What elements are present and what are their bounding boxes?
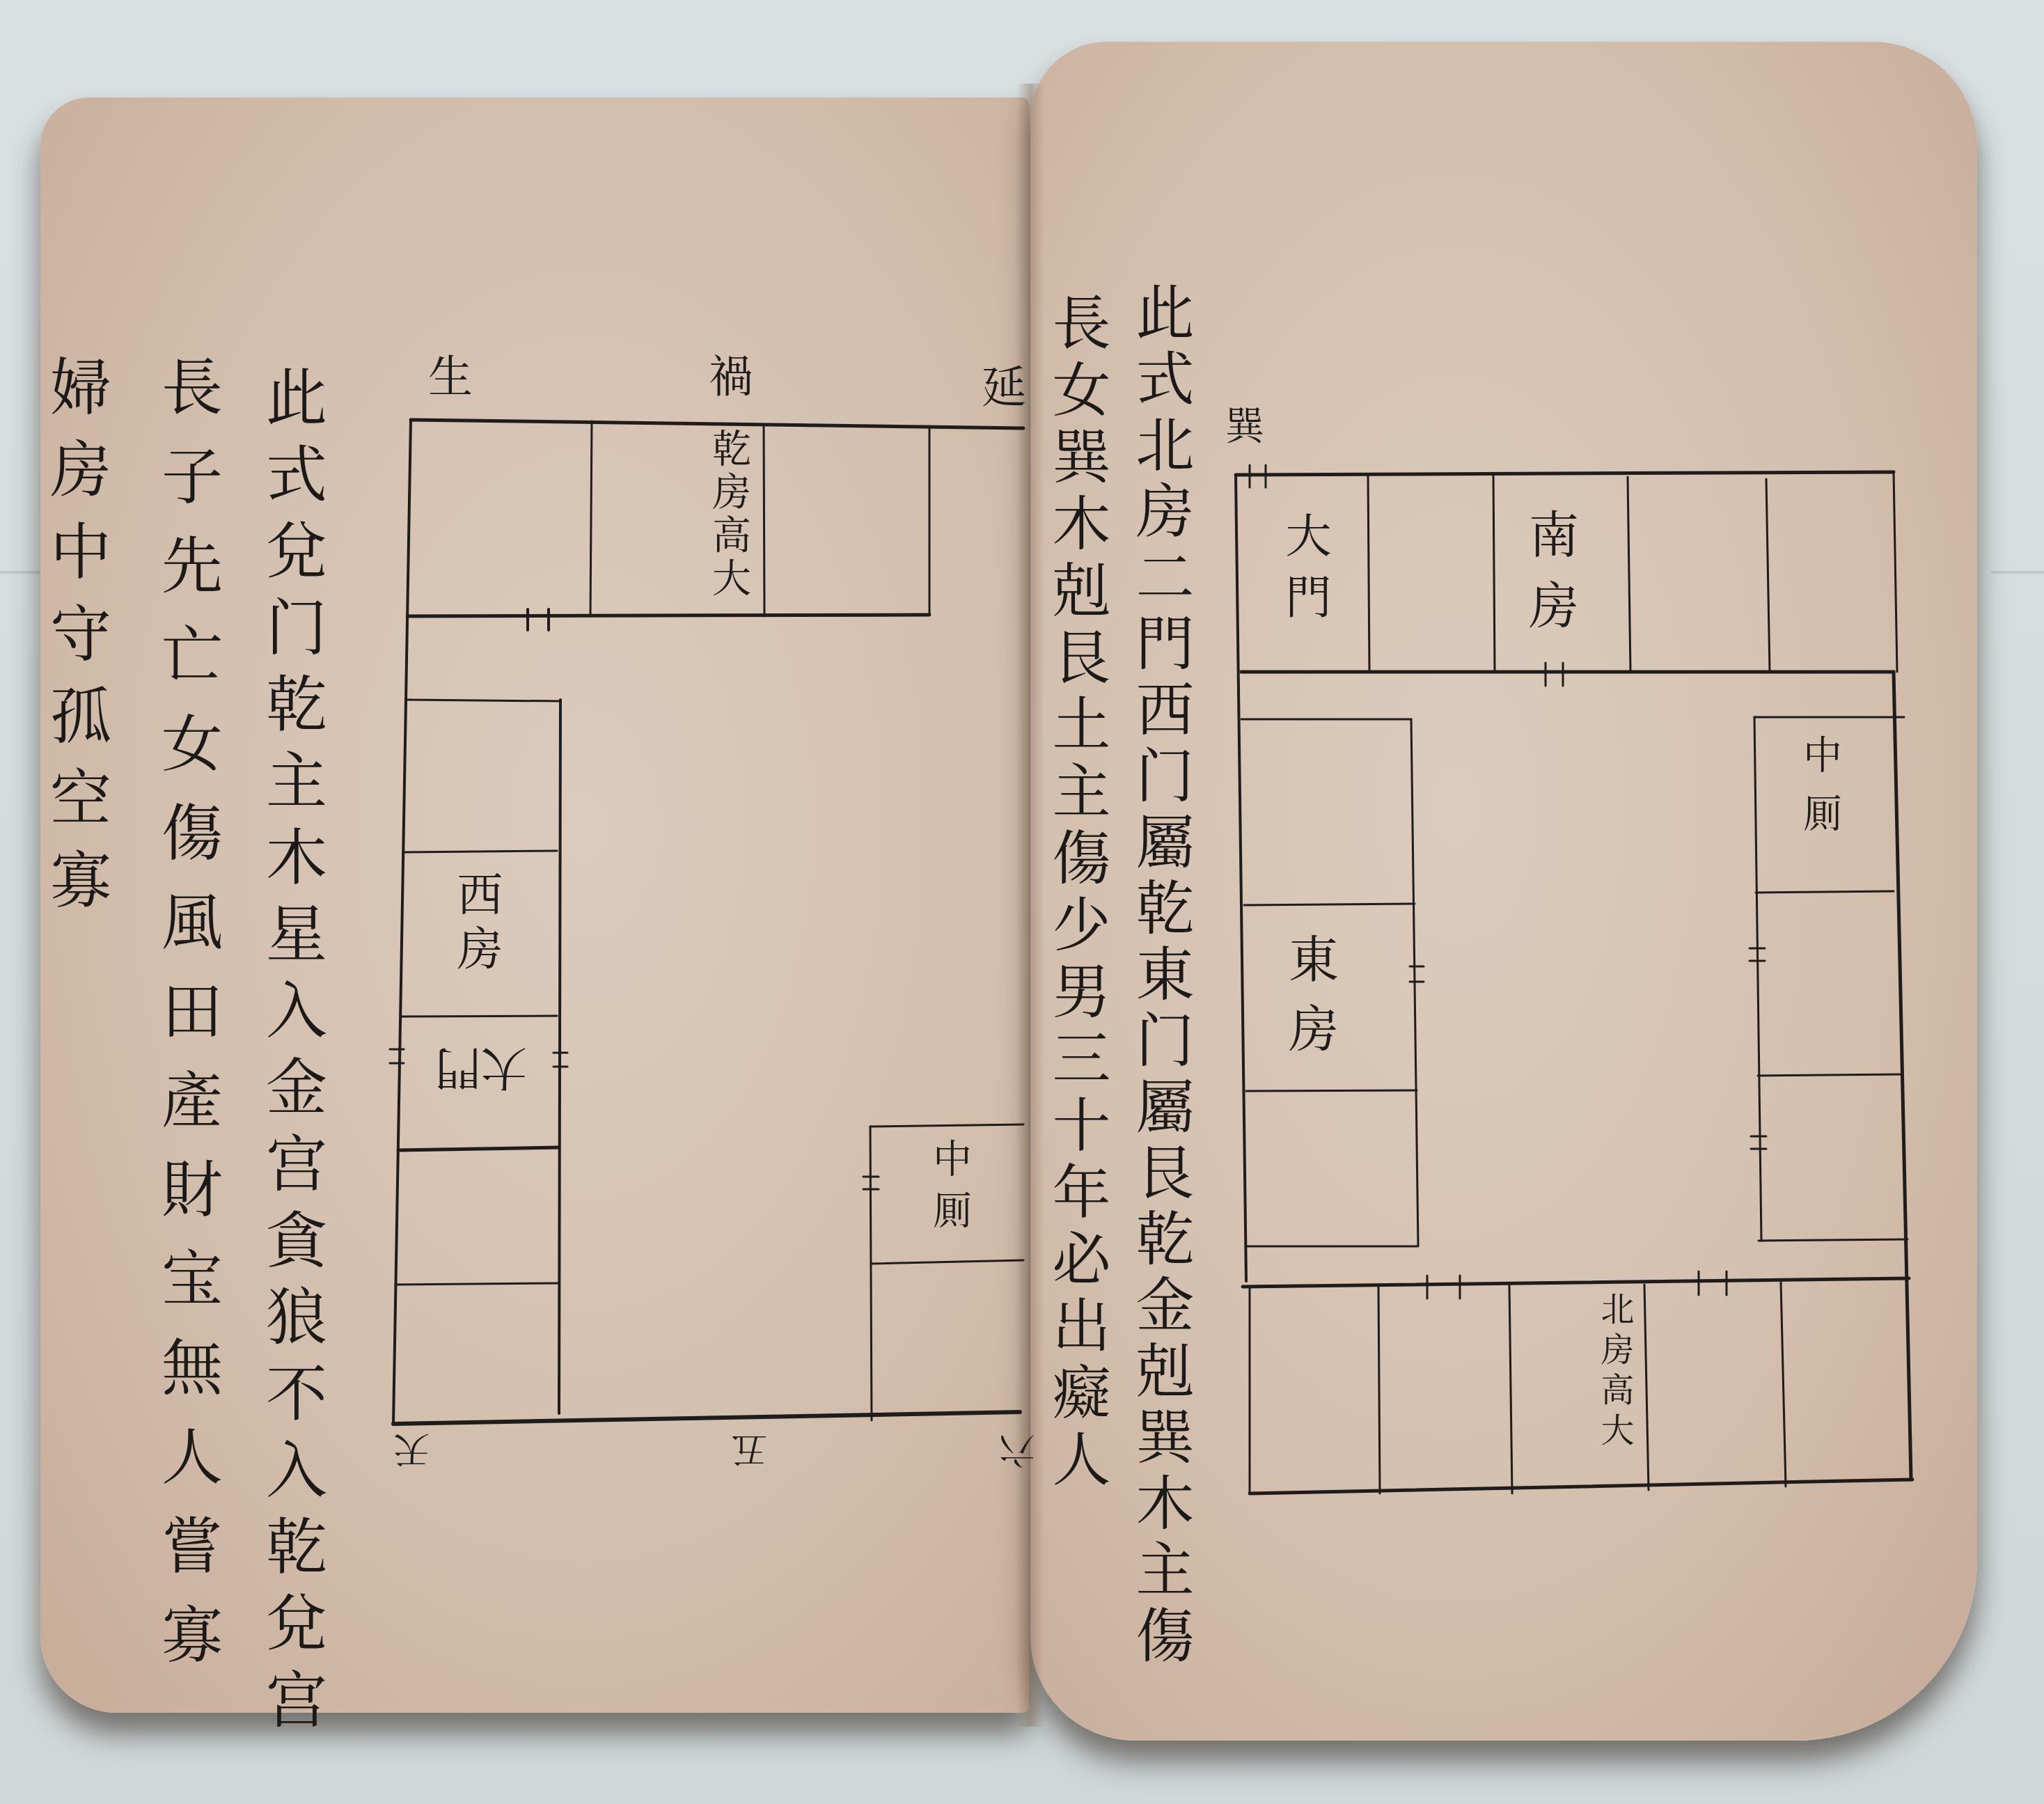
direction-label-yan: 延 (982, 366, 1026, 410)
room-label-north-house: 北房高大 (1598, 1292, 1631, 1453)
direction-label-liu-inverted: 六 (999, 1431, 1035, 1467)
direction-label-sheng: 生 (428, 355, 473, 400)
room-label-west-house: 西房 (453, 870, 498, 979)
right-text-column-1: 此式北房二門西门屬乾東门屬艮乾金剋巽木主傷 (1131, 282, 1190, 1671)
left-text-column-1: 此式兌门乾主木星入金宫貪狼不入乾兌宫 (261, 366, 322, 1744)
room-label-east-house: 東房 (1284, 933, 1335, 1072)
room-label-gate-inverted: 大門 (435, 1044, 527, 1090)
left-text-column-2: 長子先亡女傷風田產財宝無人嘗寡 (157, 355, 218, 1692)
direction-label-xun: 巽 (1225, 407, 1264, 446)
direction-label-wu-inverted: 五 (731, 1431, 767, 1467)
left-text-column-3: 婦房中守孤空寡 (45, 355, 107, 930)
room-label-qian-house: 乾房高大 (709, 428, 748, 601)
room-label-main-gate: 大門 (1281, 512, 1327, 634)
room-label-side-toilet-right: 中厠 (1800, 735, 1839, 852)
room-label-south-house: 南房 (1525, 508, 1575, 650)
right-text-column-2: 長女巽木剋艮土主傷少男三十年必出癡人 (1048, 292, 1106, 1496)
direction-label-tian-inverted: 天 (393, 1431, 430, 1467)
direction-label-huo: 禍 (709, 355, 753, 400)
room-label-side-toilet: 中厠 (929, 1138, 968, 1241)
